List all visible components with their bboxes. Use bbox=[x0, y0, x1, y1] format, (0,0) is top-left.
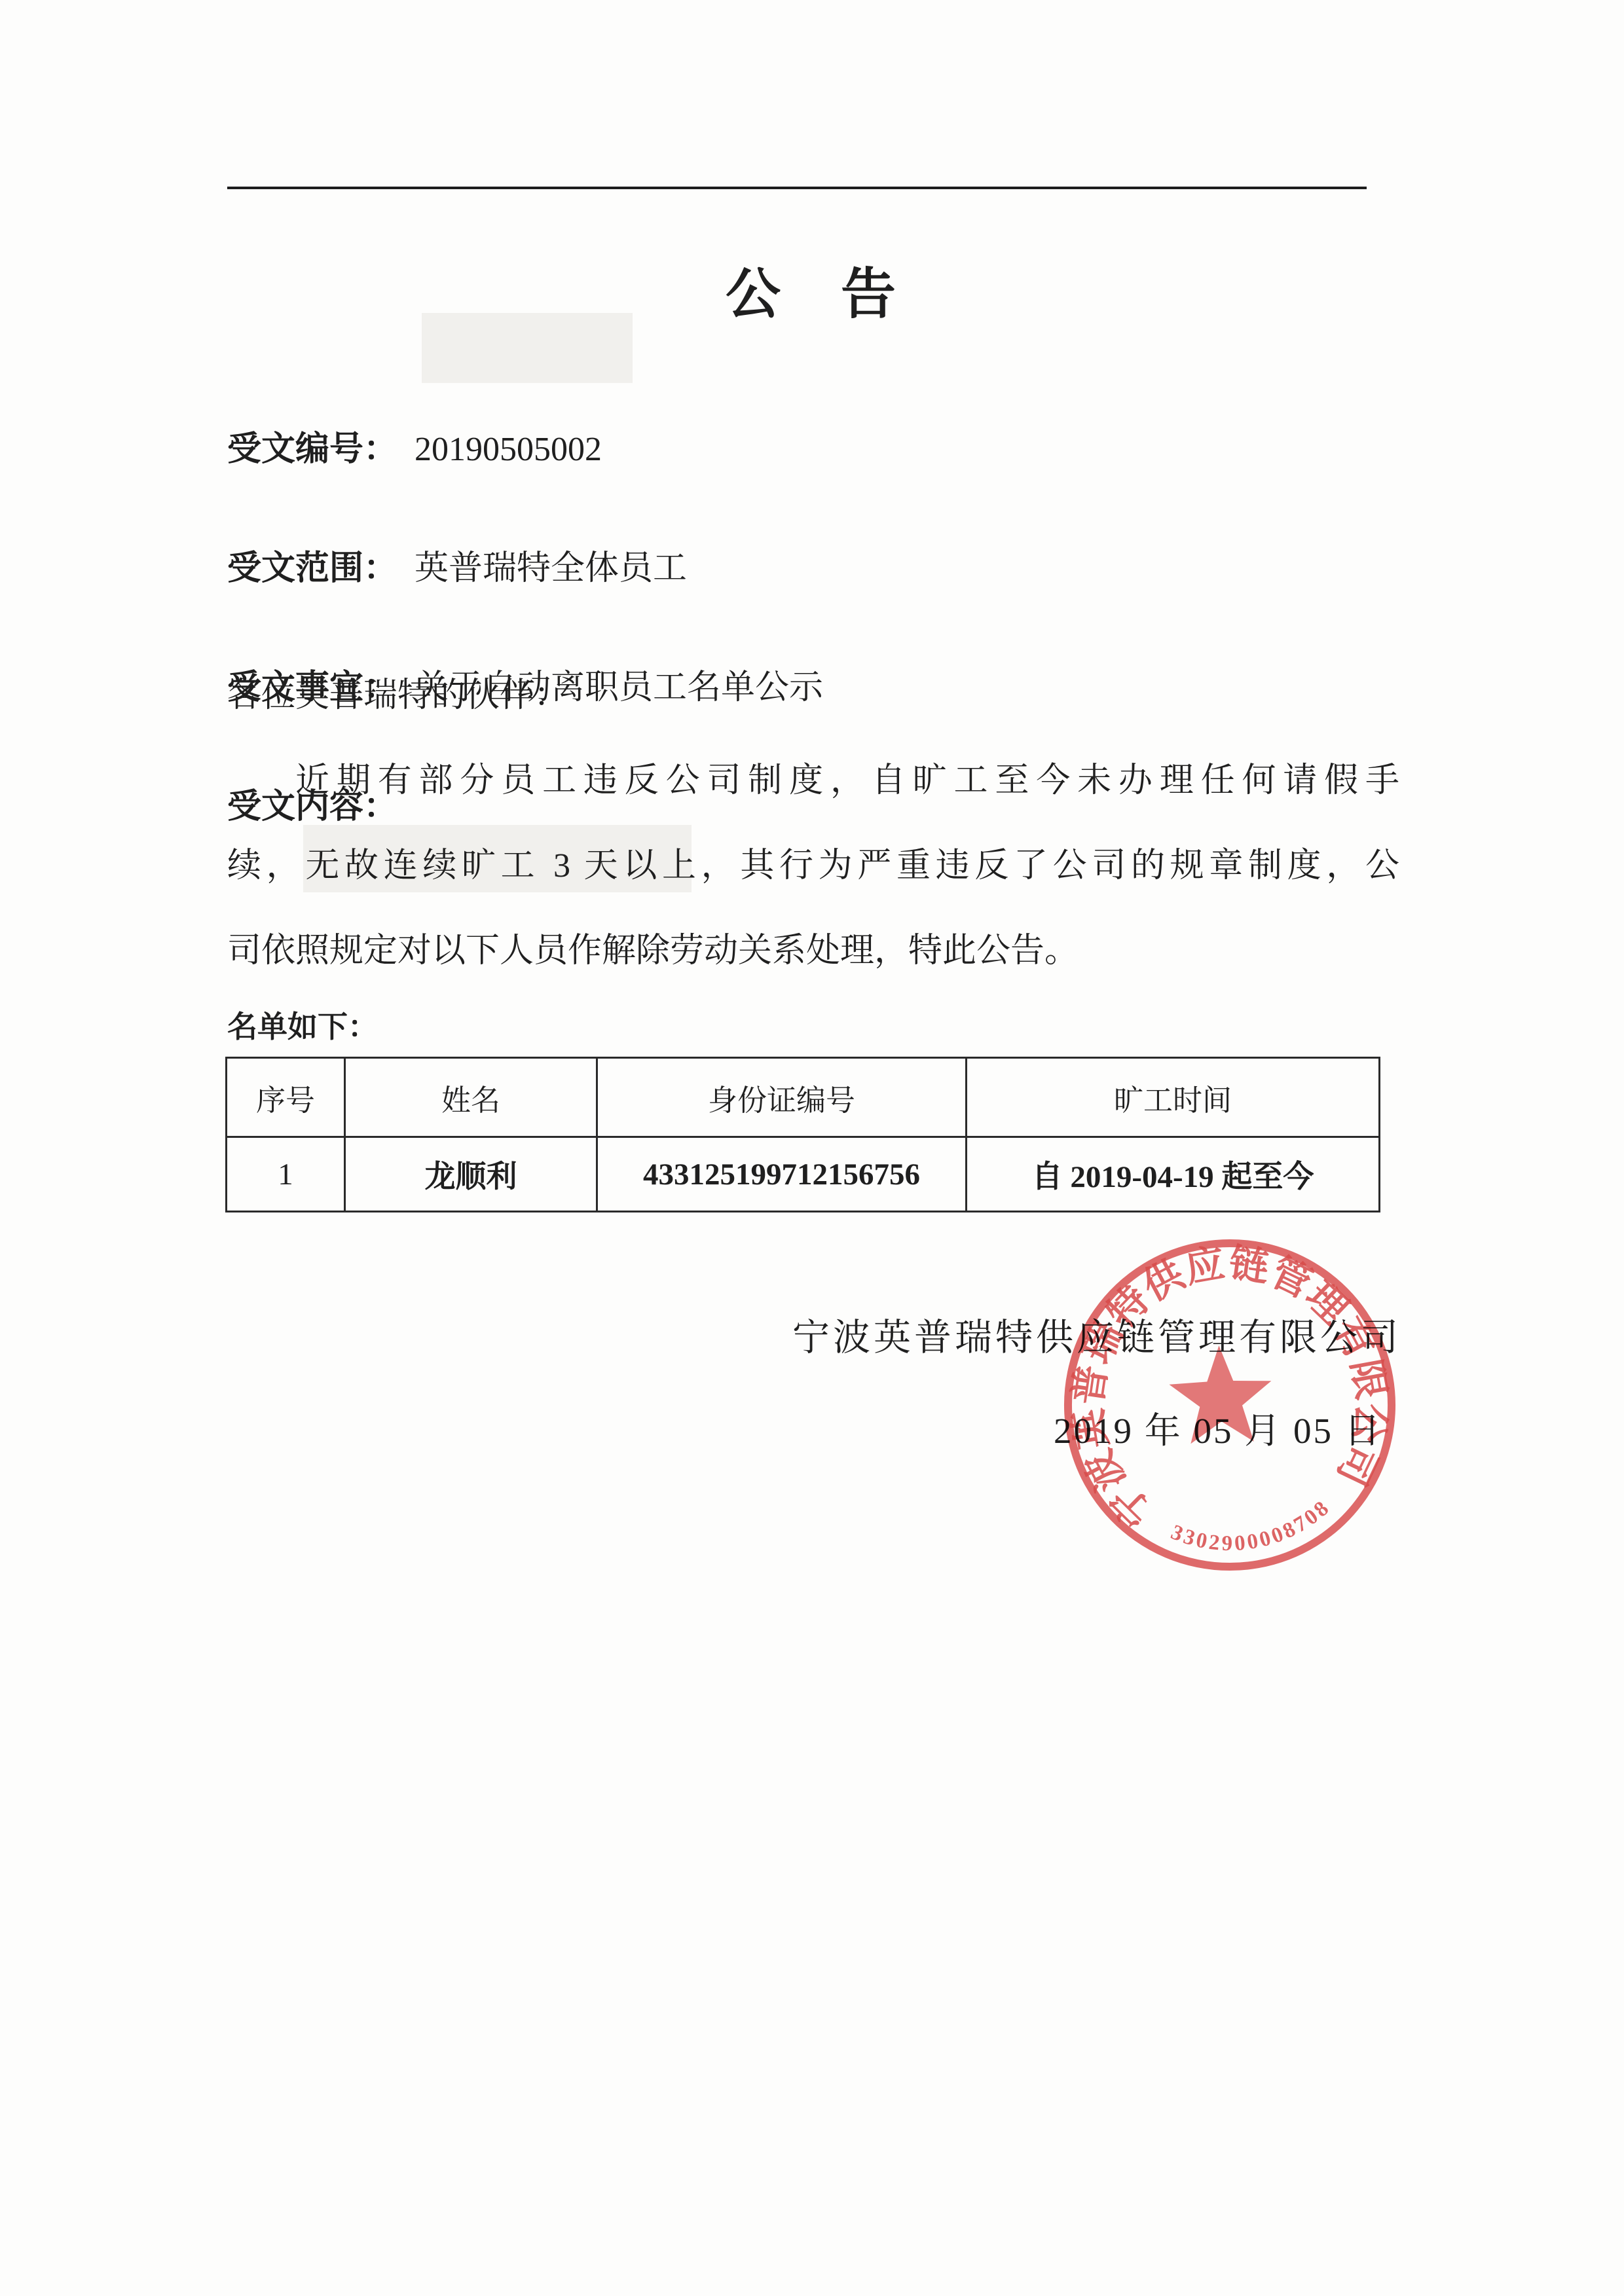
list-label: 名单如下： bbox=[227, 1012, 378, 1042]
cell-seq: 1 bbox=[227, 1137, 345, 1212]
cell-time: 自 2019-04-19 起至今 bbox=[967, 1137, 1380, 1212]
field-label: 受文范围： bbox=[227, 550, 397, 587]
svg-text:3302900008708: 3302900008708 bbox=[1164, 1493, 1340, 1569]
header-cell-seq: 序号 bbox=[227, 1058, 345, 1137]
seal-serial-number: 3302900008708 bbox=[1164, 1493, 1340, 1569]
signature-company: 宁波英普瑞特供应链管理有限公司 bbox=[792, 1319, 1401, 1357]
field-row-doc-id: 受文编号：20190505002 bbox=[227, 433, 1624, 467]
signature-date: 2019 年 05 月 05 日 bbox=[1054, 1413, 1382, 1449]
field-row-scope: 受文范围：英普瑞特全体员工 bbox=[227, 552, 1624, 586]
cell-name: 龙顺利 bbox=[345, 1137, 597, 1212]
body-paragraph: 近期有部分员工违反公司制度，自旷工至今未办理任何请假手 续，无故连续旷工 3 天… bbox=[227, 738, 1399, 994]
header-divider-rule bbox=[227, 187, 1367, 189]
table-header-row: 序号 姓名 身份证编号 旷工时间 bbox=[227, 1058, 1380, 1137]
header-cell-time: 旷工时间 bbox=[967, 1058, 1380, 1137]
body-line: 续，无故连续旷工 3 天以上，其行为严重违反了公司的规章制度，公 bbox=[227, 824, 1399, 909]
svg-text:宁波英普瑞特供应链管理有限公司: 宁波英普瑞特供应链管理有限公司 bbox=[1046, 1222, 1409, 1542]
doc-number: 编号：Y033-013A bbox=[0, 144, 1365, 177]
field-value: 英普瑞特全体员工 bbox=[415, 550, 687, 587]
page-title: 公 告 bbox=[0, 266, 1624, 324]
field-label: 受文编号： bbox=[227, 431, 397, 468]
roster-table: 序号 姓名 身份证编号 旷工时间 1 龙顺利 43312519971215675… bbox=[225, 1057, 1380, 1212]
greeting-line: 各位英普瑞特的伙伴： bbox=[227, 679, 568, 713]
header-cell-id: 身份证编号 bbox=[597, 1058, 967, 1137]
header-cell-name: 姓名 bbox=[345, 1058, 597, 1137]
field-value: 20190505002 bbox=[415, 431, 602, 468]
company-seal: 宁波英普瑞特供应链管理有限公司 3302900008708 bbox=[1046, 1222, 1413, 1588]
body-line: 司依照规定对以下人员作解除劳动关系处理，特此公告。 bbox=[227, 909, 1399, 994]
table-row: 1 龙顺利 433125199712156756 自 2019-04-19 起至… bbox=[227, 1137, 1380, 1212]
body-line: 近期有部分员工违反公司制度，自旷工至今未办理任何请假手 bbox=[227, 738, 1399, 824]
seal-ring-text: 宁波英普瑞特供应链管理有限公司 bbox=[1046, 1222, 1409, 1542]
cell-id: 433125199712156756 bbox=[597, 1137, 967, 1212]
seal-ring bbox=[1046, 1222, 1413, 1588]
scanned-announcement-page: 编号：Y033-013A 公 告 受文编号：20190505002 受文范围：英… bbox=[0, 0, 1624, 2296]
